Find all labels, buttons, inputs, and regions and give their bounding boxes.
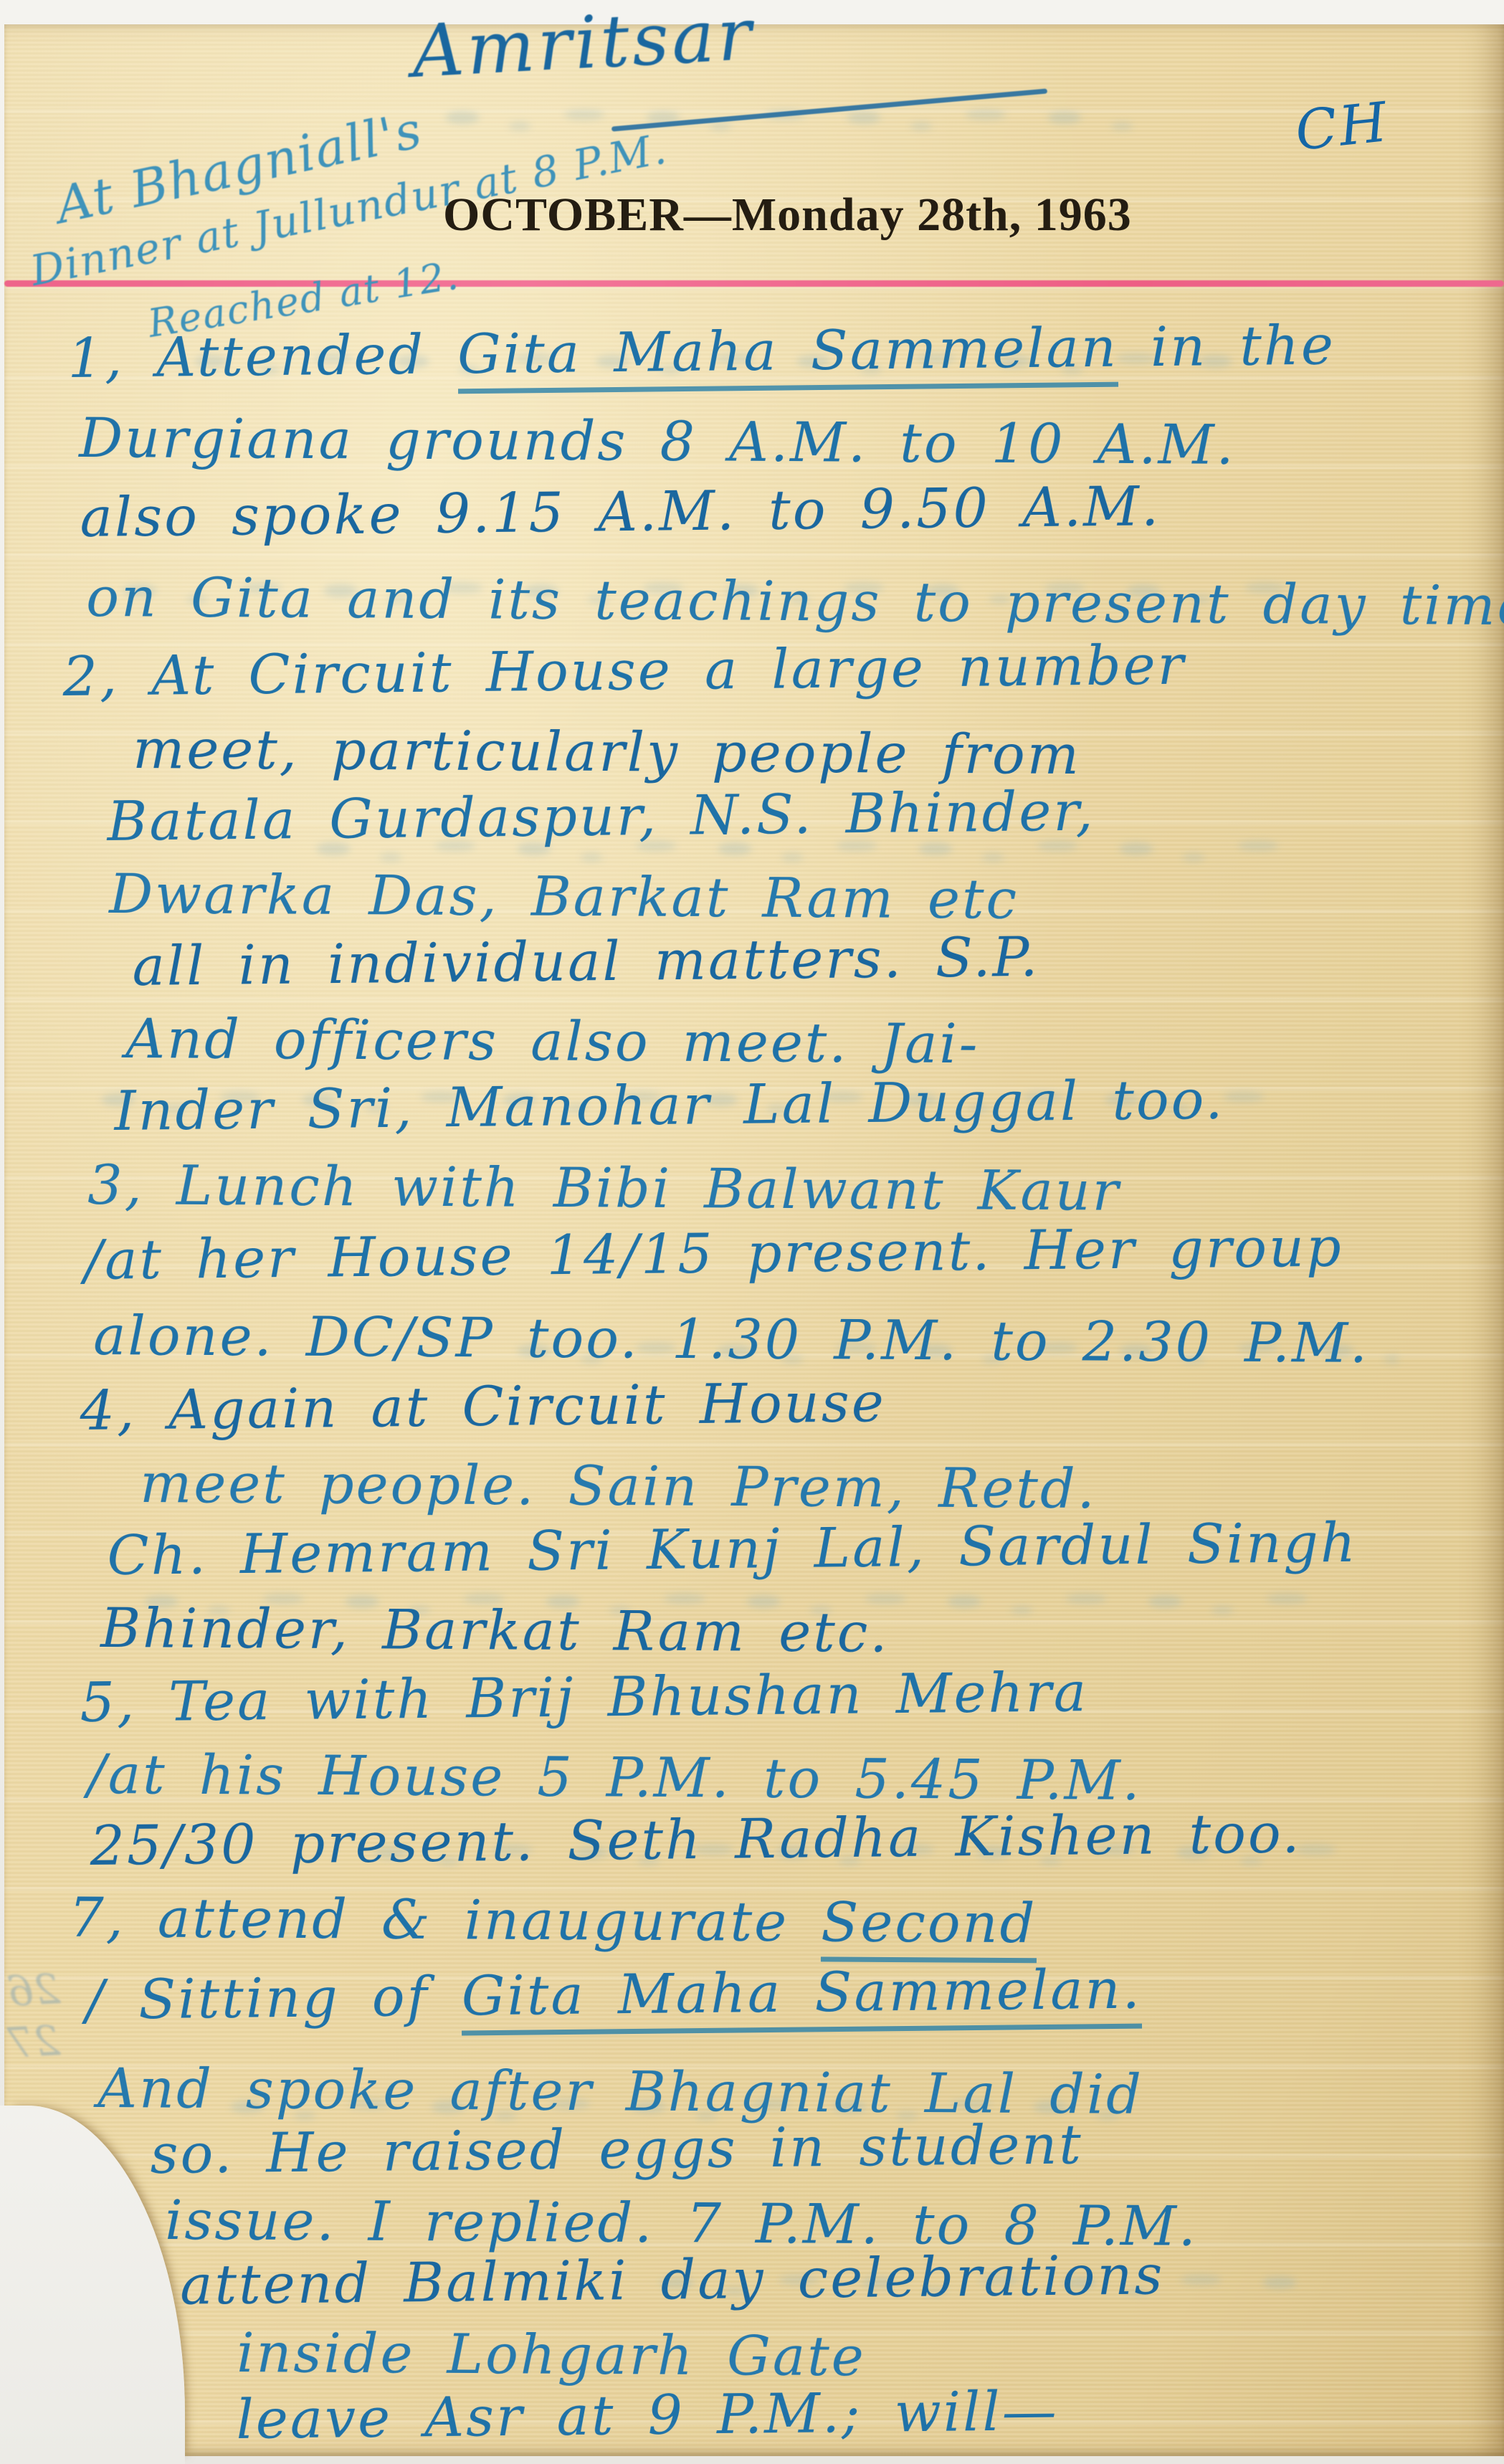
diary-entry-line: Batala Gurdaspur, N.S. Bhinder,	[107, 779, 1095, 853]
line-text: meet people. Sain Prem, Retd.	[140, 1451, 1097, 1521]
ghost-showthrough	[430, 93, 1133, 145]
line-text: Bhinder, Barkat Ram etc.	[100, 1596, 890, 1665]
line-text: on Gita and its teachings to present day…	[86, 565, 1504, 638]
diary-entry-line: meet people. Sain Prem, Retd.	[140, 1451, 1097, 1521]
diary-entry-line: 1, Attended Gita Maha Sammelan in the	[67, 313, 1336, 390]
diary-entry-line: /at his House 5 P.M. to 5.45 P.M.	[87, 1742, 1142, 1812]
diary-entry-line: all in individual matters. S.P.	[132, 925, 1040, 998]
diary-entry-line: so. He raised eggs in student	[150, 2112, 1083, 2186]
ghost-page-number: 27	[6, 2016, 61, 2068]
line-text: in the	[1118, 313, 1336, 379]
diary-entry-line: inside Lohgarh Gate	[237, 2321, 866, 2388]
line-text: 7, attend & inaugurate	[69, 1885, 822, 1954]
diary-entry-line: Bhinder, Barkat Ram etc.	[100, 1596, 890, 1665]
line-text: Ch. Hemram Sri Kunj Lal, Sardul Singh	[107, 1511, 1358, 1587]
line-text: 5, Tea with Brij Bhushan Mehra	[80, 1660, 1088, 1734]
diary-entry-line: 2, At Circuit House a large number	[62, 633, 1186, 708]
underlined-phrase: Gita Maha Sammelan	[457, 315, 1119, 394]
line-text: alone. DC/SP too. 1.30 P.M. to 2.30 P.M.	[93, 1303, 1369, 1375]
diary-entry-line: Durgiana grounds 8 A.M. to 10 A.M.	[79, 406, 1236, 477]
diary-entry-line: 4, Again at Circuit House	[80, 1370, 886, 1442]
diary-entry-line: And officers also meet. Jai-	[125, 1007, 980, 1075]
diary-entry-line: 8, attend Balmiki day celebrations	[91, 2242, 1165, 2318]
line-text: /at his House 5 P.M. to 5.45 P.M.	[87, 1742, 1142, 1812]
underlined-phrase: Second	[821, 1890, 1037, 1963]
diary-entry-line: Inder Sri, Manohar Lal Duggal too.	[114, 1067, 1225, 1143]
line-text: inside Lohgarh Gate	[237, 2321, 866, 2388]
diary-entry-line: alone. DC/SP too. 1.30 P.M. to 2.30 P.M.	[93, 1303, 1369, 1375]
diary-entry-line: 3, Lunch with Bibi Balwant Kaur	[87, 1153, 1120, 1223]
line-text: 1, Attended	[67, 322, 458, 390]
line-text: 4, Again at Circuit House	[80, 1370, 886, 1442]
line-text: 25/30 present. Seth Radha Kishen too.	[90, 1801, 1302, 1878]
line-text: /at her House 14/15 present. Her group	[84, 1215, 1343, 1292]
line-text: Durgiana grounds 8 A.M. to 10 A.M.	[79, 406, 1236, 477]
diary-entry-line: meet, particularly people from	[133, 717, 1081, 786]
underlined-phrase: Gita Maha Sammelan.	[461, 1957, 1142, 2036]
line-text: leave Asr at 9 P.M.; will—	[236, 2379, 1059, 2451]
diary-entry-line: Dwarka Das, Barkat Ram etc	[109, 862, 1019, 931]
line-text: 2, At Circuit House a large number	[62, 633, 1186, 708]
line-text: Batala Gurdaspur, N.S. Bhinder,	[107, 779, 1095, 853]
diary-entry-line: also spoke 9.15 A.M. to 9.50 A.M.	[80, 474, 1161, 549]
diary-entry-line: 25/30 present. Seth Radha Kishen too.	[90, 1801, 1302, 1878]
line-text: Dwarka Das, Barkat Ram etc	[109, 862, 1019, 931]
ghost-page-number: 26	[6, 1964, 61, 2016]
line-text: / Sitting of	[85, 1964, 462, 2032]
line-text: also spoke 9.15 A.M. to 9.50 A.M.	[80, 474, 1161, 549]
diary-entry-line: leave Asr at 9 P.M.; will—	[236, 2379, 1059, 2451]
diary-scan: 26 27 OCTOBER—Monday 28th, 1963 Amritsar…	[0, 0, 1504, 2464]
line-text: so. He raised eggs in student	[150, 2112, 1083, 2186]
diary-entry-line: Ch. Hemram Sri Kunj Lal, Sardul Singh	[107, 1511, 1358, 1587]
diary-entry-line: / Sitting of Gita Maha Sammelan.	[85, 1957, 1142, 2032]
diary-entry-line: on Gita and its teachings to present day…	[86, 565, 1504, 638]
line-text: And officers also meet. Jai-	[125, 1007, 980, 1075]
diary-entry-line: 7, attend & inaugurate Second	[69, 1885, 1037, 1955]
line-text: 8, attend Balmiki day celebrations	[91, 2242, 1165, 2318]
diary-entry-line: 5, Tea with Brij Bhushan Mehra	[80, 1660, 1088, 1734]
diary-entry-line: /at her House 14/15 present. Her group	[84, 1215, 1343, 1292]
line-text: Inder Sri, Manohar Lal Duggal too.	[114, 1067, 1225, 1143]
corner-mark: CH	[1293, 90, 1392, 163]
line-text: all in individual matters. S.P.	[132, 925, 1040, 998]
line-text: 3, Lunch with Bibi Balwant Kaur	[87, 1153, 1120, 1223]
line-text: meet, particularly people from	[133, 717, 1081, 786]
pink-ruled-line	[4, 280, 1504, 287]
